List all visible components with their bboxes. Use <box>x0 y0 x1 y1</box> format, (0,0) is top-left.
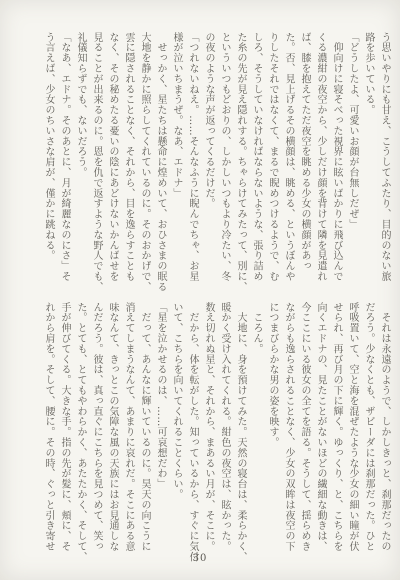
text-column: た。とても、とてもやわらかく、あたたかく、そして、 <box>72 302 88 554</box>
text-block-top: う思いやりにも甘え、こうしてふたり、目的のない旅路を歩いている。「どうしたよ、可… <box>40 32 392 290</box>
text-column: 消えてしまうなんて、あまりに哀れだ。そこにある意 <box>120 302 136 554</box>
text-column: た。否、見上げるその横顔は、眺める、というぼんや <box>280 32 296 290</box>
text-column: 「星を泣かせるのは、……可哀想だわ」 <box>152 302 168 554</box>
text-column: りしたそれではなくて、まるで睨めつけるようで、む <box>264 32 280 290</box>
text-column: だって、あんなに輝いているのに。昊天の向こうに <box>136 302 152 554</box>
text-block-bottom: それは永遠のようで、しかしきっと、刹那だったのだろう。少なくとも、ザビーダには刹… <box>40 302 392 554</box>
text-column: れから肩を。そして、腰に。その時、ぐっと引き寄せ <box>40 302 56 554</box>
text-column: なく、その秘めたる憂いの陰にあどけないかんばせを <box>104 32 120 290</box>
text-column: 向くエドナの、見たことがないほどの繊細な動きは、 <box>312 302 328 554</box>
text-column: 「つれないねえ。……そんなふうに睨んでちゃ、お星 <box>184 32 200 290</box>
text-column: しろ、そうしていなければならないような、張り詰め <box>248 32 264 290</box>
text-column: の夜のような声が返ってくるだけだ。 <box>200 32 216 290</box>
text-column: につまびらかな男の姿を映す。 <box>264 302 280 554</box>
text-column: といういつもどおりの、しかしいつもより冷たい、冬 <box>216 32 232 290</box>
text-column: だから、体を転がした。知っているから、すぐに気付 <box>184 302 200 554</box>
text-column: 大地を静かに照らしてくれているのに。そのおかげで、 <box>136 32 152 290</box>
text-column: せっかく、星たちは懸命に煌めいて、おひさまの眠る <box>152 32 168 290</box>
text-column: 路を歩いている。 <box>360 32 376 290</box>
text-column: 仰向けに寝そべった視界に眩いばかりに飛び込んで <box>328 32 344 290</box>
text-column: 今ここにいる彼女の全てを語る。そうして、揺らめき <box>296 302 312 554</box>
text-column: 手が伸びてくる。大きな手。指の先が髪に、頬に、そ <box>56 302 72 554</box>
text-column: 見ることが出来るのに。恩を仇で返すような野人でも、 <box>88 32 104 290</box>
page-number: 30 <box>0 553 400 564</box>
text-column: 味なんて、きっとこの気障な風の天族にはお見通しな <box>104 302 120 554</box>
text-column: 「どうしたよ、可愛いお顔が台無しだぜ」 <box>344 32 360 290</box>
book-page: う思いやりにも甘え、こうしてふたり、目的のない旅路を歩いている。「どうしたよ、可… <box>0 0 400 580</box>
text-column: ば、膝を抱えてただ夜空を眺める少女の横顔があっ <box>296 32 312 290</box>
text-column: くる濃紺の夜空から、少しだけ顔を背けて隣を見遣れ <box>312 32 328 290</box>
text-column: 数え切れぬ星と、それから、まあるい月が、そこに。 <box>200 302 216 554</box>
text-column: それは永遠のようで、しかしきっと、刹那だったの <box>376 302 392 554</box>
text-column: 礼儀知らずでも、ないだろう。 <box>72 32 88 290</box>
text-column: 大地に、身を預けてみた。天然の寝台は、柔らかく、 <box>232 302 248 554</box>
text-column: 呼吸置いて、空と海を混ぜたような少女の細い瞳が伏 <box>344 302 360 554</box>
text-column: いて、こちらを向いてくれることくらい。 <box>168 302 184 554</box>
text-column: んだろう。彼は、真っ直ぐにこちらを見つめて、笑っ <box>88 302 104 554</box>
text-column: ながらも逸らされることなく、少女の双眸は夜空の下 <box>280 302 296 554</box>
text-column: ころん。 <box>248 302 264 554</box>
text-column: た糸の先が見え隠れする。ちゃらけてみたって、別に、 <box>232 32 248 290</box>
text-column: 様が泣いちまうぜ。なあ、エドナ」 <box>168 32 184 290</box>
text-column: う思いやりにも甘え、こうしてふたり、目的のない旅 <box>376 32 392 290</box>
text-column: 暖かく受け入れてくれる。紺色の夜空は、眩かった。 <box>216 302 232 554</box>
text-column: 「なあ、エドナ。そのあとに、月が綺麗なのにさ」そ <box>56 32 72 290</box>
text-column: う言えば、少女のちいさな肩が、僅かに跳ねる。 <box>40 32 56 290</box>
text-column: せられ、再び月の下に輝く。ゆっくり、と、こちらを <box>328 302 344 554</box>
text-column: 雲に隠されることなく、それから、目を逸らすことも <box>120 32 136 290</box>
text-column: だろう。少なくとも、ザビーダには刹那だった。ひと <box>360 302 376 554</box>
